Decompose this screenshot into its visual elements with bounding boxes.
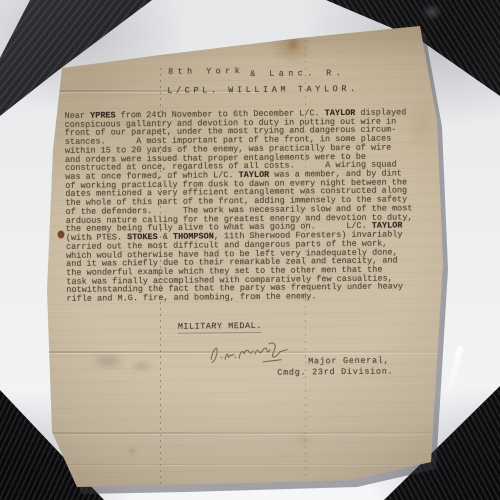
closing-division-line: Cmdg. 23rd Division. <box>277 367 393 378</box>
rust-spot-2 <box>88 236 93 241</box>
unit-line-part2: & Lanc. R. <box>250 68 345 79</box>
award-line: MILITARY MEDAL. <box>178 321 262 334</box>
unit-line: 8th York& Lanc. R. <box>168 65 345 77</box>
rust-spot-1 <box>57 230 65 239</box>
document-paper: 8th York& Lanc. R. L/CPL. WILLIAM TAYLOR… <box>0 0 500 500</box>
letter-body: Near YPRES from 24th November to 6th Dec… <box>65 108 414 303</box>
unit-line-part1: 8th York <box>168 66 244 77</box>
closing-rank-line: Major General, <box>308 356 389 367</box>
photo-frame: 8th York& Lanc. R. L/CPL. WILLIAM TAYLOR… <box>0 0 500 500</box>
signature-scrawl: J. M. Babington <box>207 340 295 369</box>
rust-spot-3 <box>127 233 133 239</box>
name-line: L/CPL. WILLIAM TAYLOR. <box>167 84 359 96</box>
typed-content: 8th York& Lanc. R. L/CPL. WILLIAM TAYLOR… <box>0 0 500 500</box>
